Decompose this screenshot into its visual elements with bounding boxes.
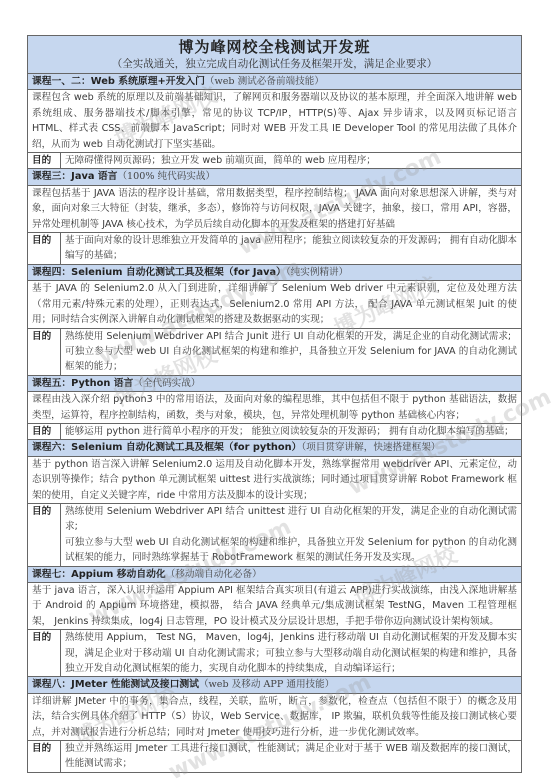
course-goal: 熟练使用 Selenium Webdriver API 结合 unittest …: [61, 503, 522, 566]
course-description-row: 课程包含 web 系统的原理以及前端基础知识，了解网页和服务器端以及协议的基本原…: [28, 90, 522, 153]
course-name: 课程一、二：Web 系统原理+开发入门: [32, 76, 205, 87]
document-subtitle: （全实战通关，独立完成自动化测试任务及框架开发，满足企业要求）: [32, 57, 517, 72]
course-name: 课程七：Appium 移动自动化: [32, 569, 166, 580]
course-note: （全代码实战）: [133, 378, 200, 389]
course-name: 课程五：Python 语言: [32, 378, 133, 389]
course-header-6: 课程六：Selenium 自动化测试工具及框架（for python）（项目贯穿…: [28, 440, 522, 456]
course-goal: 熟练使用 Appium， Test NG， Maven，log4j，Jenkin…: [61, 630, 522, 677]
course-goal-row: 目的 基于面向对象的设计思维独立开发简单的 java 应用程序；能独立阅读较复杂…: [28, 233, 522, 265]
goal-label: 目的: [28, 630, 61, 677]
goal-text: 无障碍懂得网页源码；独立开发 web 前端页面，简单的 web 应用程序；: [65, 153, 517, 168]
goal-label: 目的: [28, 328, 61, 375]
goal-text: 基于面向对象的设计思维独立开发简单的 java 应用程序；能独立阅读较复杂的开发…: [65, 233, 517, 264]
goal-text: 可独立参与大型 web UI 自动化测试框架的构建和维护，具备独立开发 Sele…: [65, 535, 517, 566]
goal-text: 熟练使用 Appium， Test NG， Maven，log4j，Jenkin…: [65, 630, 517, 676]
goal-text: 独立并熟练运用 Jmeter 工具进行接口测试，性能测试；满足企业对于基于 WE…: [65, 741, 517, 772]
course-header-7: 课程七：Appium 移动自动化（移动端自动化必备）: [28, 566, 522, 582]
course-goal: 无障碍懂得网页源码；独立开发 web 前端页面，简单的 web 应用程序；: [61, 153, 522, 169]
course-name: 课程三：Java 语言: [32, 171, 117, 182]
goal-text: 熟练使用 Selenium Webdriver API 结合 unittest …: [65, 504, 517, 535]
course-goal-row: 目的 熟练使用 Selenium Webdriver API 结合 unitte…: [28, 503, 522, 566]
course-name: 课程六：Selenium 自动化测试工具及框架（for python）: [32, 442, 301, 453]
course-description: 课程包括基于 JAVA 语法的程序设计基础，常用数据类型，程序控制结构； JAV…: [28, 185, 522, 232]
course-description: 基于 java 语言，深入认识并运用 Appium API 框架结合真实项目(有…: [28, 583, 522, 630]
course-note: （项目贯穿讲解，快速搭建框架）: [301, 442, 440, 453]
course-note: （web 及移动 APP 通用技能）: [199, 679, 334, 690]
document-title: 博为峰网校全栈测试开发班: [32, 38, 517, 57]
course-description-row: 基于 python 语言深入讲解 Selenium2.0 运用及自动化脚本开发，…: [28, 456, 522, 503]
title-cell: 博为峰网校全栈测试开发班 （全实战通关，独立完成自动化测试任务及框架开发，满足企…: [28, 36, 522, 74]
course-description-row: 课程包括基于 JAVA 语法的程序设计基础，常用数据类型，程序控制结构； JAV…: [28, 185, 522, 232]
course-goal-row: 目的 无障碍懂得网页源码；独立开发 web 前端页面，简单的 web 应用程序；: [28, 153, 522, 169]
course-goal-row: 目的 能够运用 python 进行简单小程序的开发； 能独立阅读较复杂的开发源码…: [28, 423, 522, 439]
course-goal-row: 目的 熟练使用 Appium， Test NG， Maven，log4j，Jen…: [28, 630, 522, 677]
course-note: （纯实例精讲）: [286, 267, 348, 278]
course-description: 详细讲解 JMeter 中的事务，集合点，线程，关联，监听，断言，参数化，检查点…: [28, 693, 522, 740]
goal-label: 目的: [28, 503, 61, 566]
goal-text: 可独立参与大型 web UI 自动化测试框架的构建和维护，具备独立开发 Sele…: [65, 344, 517, 375]
course-description-row: 基于 JAVA 的 Selenium2.0 从入门到进阶，详细讲解了 Selen…: [28, 281, 522, 328]
course-header-4: 课程四：Selenium 自动化测试工具及框架（for Java）（纯实例精讲）: [28, 264, 522, 280]
course-header-5: 课程五：Python 语言（全代码实战）: [28, 375, 522, 391]
course-description-row: 详细讲解 JMeter 中的事务，集合点，线程，关联，监听，断言，参数化，检查点…: [28, 693, 522, 740]
course-name: 课程四：Selenium 自动化测试工具及框架（for Java）: [32, 267, 286, 278]
goal-text: 能够运用 python 进行简单小程序的开发； 能独立阅读较复杂的开发源码； 拥…: [65, 424, 517, 439]
course-goal: 基于面向对象的设计思维独立开发简单的 java 应用程序；能独立阅读较复杂的开发…: [61, 233, 522, 265]
course-table: 博为峰网校全栈测试开发班 （全实战通关，独立完成自动化测试任务及框架开发，满足企…: [27, 35, 522, 773]
course-goal-row: 目的 熟练使用 Selenium Webdriver API 结合 Junit …: [28, 328, 522, 375]
course-note: （移动端自动化必备）: [166, 569, 262, 580]
course-header-1: 课程一、二：Web 系统原理+开发入门（web 测试必备前端技能）: [28, 74, 522, 90]
goal-label: 目的: [28, 153, 61, 169]
course-description-row: 课程由浅入深介绍 python3 中的常用语法，及面向对象的编程思维，其中包括但…: [28, 392, 522, 424]
goal-label: 目的: [28, 233, 61, 265]
course-header-3: 课程三：Java 语言（100% 纯代码实战）: [28, 169, 522, 185]
course-goal: 熟练使用 Selenium Webdriver API 结合 Junit 进行 …: [61, 328, 522, 375]
course-description: 基于 JAVA 的 Selenium2.0 从入门到进阶，详细讲解了 Selen…: [28, 281, 522, 328]
course-note: （100% 纯代码实战）: [117, 171, 215, 182]
course-name: 课程八：JMeter 性能测试及接口测试: [32, 679, 199, 690]
course-header-8: 课程八：JMeter 性能测试及接口测试（web 及移动 APP 通用技能）: [28, 677, 522, 693]
title-row: 博为峰网校全栈测试开发班 （全实战通关，独立完成自动化测试任务及框架开发，满足企…: [28, 36, 522, 74]
goal-text: 熟练使用 Selenium Webdriver API 结合 Junit 进行 …: [65, 329, 517, 344]
course-goal: 独立并熟练运用 Jmeter 工具进行接口测试，性能测试；满足企业对于基于 WE…: [61, 741, 522, 773]
course-description: 基于 python 语言深入讲解 Selenium2.0 运用及自动化脚本开发，…: [28, 456, 522, 503]
course-description-row: 基于 java 语言，深入认识并运用 Appium API 框架结合真实项目(有…: [28, 583, 522, 630]
goal-label: 目的: [28, 423, 61, 439]
course-description: 课程由浅入深介绍 python3 中的常用语法，及面向对象的编程思维，其中包括但…: [28, 392, 522, 424]
course-goal: 能够运用 python 进行简单小程序的开发； 能独立阅读较复杂的开发源码； 拥…: [61, 423, 522, 439]
goal-label: 目的: [28, 741, 61, 773]
course-note: （web 测试必备前端技能）: [205, 76, 324, 87]
course-goal-row: 目的 独立并熟练运用 Jmeter 工具进行接口测试，性能测试；满足企业对于基于…: [28, 741, 522, 773]
course-description: 课程包含 web 系统的原理以及前端基础知识，了解网页和服务器端以及协议的基本原…: [28, 90, 522, 153]
